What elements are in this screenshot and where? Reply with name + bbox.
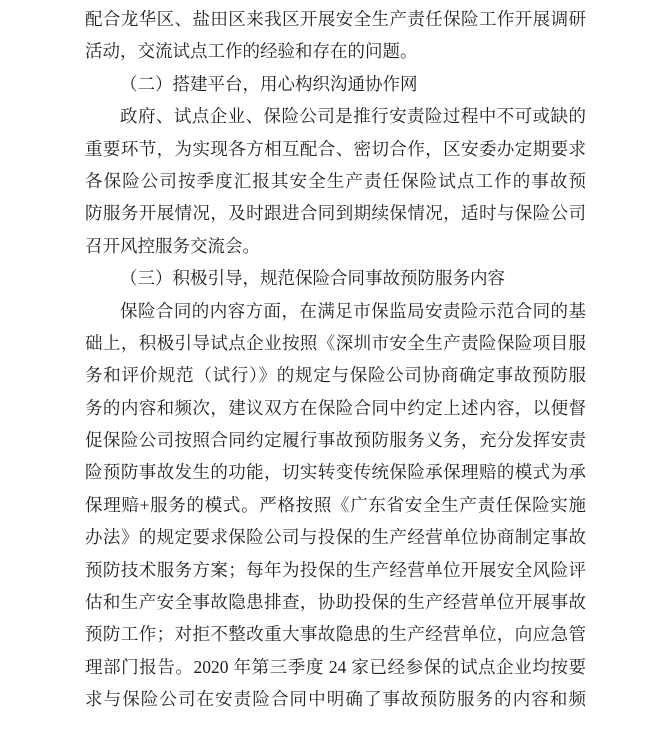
section-heading: （三）积极引导，规范保险合同事故预防服务内容: [85, 262, 586, 294]
text-line: 各保险公司按季度汇报其安全生产责任保险试点工作的事故预: [85, 165, 586, 197]
text-line: 政府、试点企业、保险公司是推行安责险过程中不可或缺的: [85, 100, 586, 132]
text-line: 配合龙华区、盐田区来我区开展安全生产责任保险工作开展调研: [85, 3, 586, 35]
text-line: 召开风控服务交流会。: [85, 230, 586, 262]
text-line: 务和评价规范（试行）》的规定与保险公司协商确定事故预防服: [85, 359, 586, 391]
text-line: 求与保险公司在安责险合同中明确了事故预防服务的内容和频: [85, 683, 586, 715]
text-line: 理部门报告。2020 年第三季度 24 家已经参保的试点企业均按要: [85, 651, 586, 683]
section-heading: （二）搭建平台，用心构织沟通协作网: [85, 68, 586, 100]
text-line: 重要环节，为实现各方相互配合、密切合作，区安委办定期要求: [85, 133, 586, 165]
text-line: 保险合同的内容方面，在满足市保监局安责险示范合同的基: [85, 295, 586, 327]
text-line: 防服务开展情况，及时跟进合同到期续保情况，适时与保险公司: [85, 197, 586, 229]
text-line: 活动，交流试点工作的经验和存在的问题。: [85, 35, 586, 67]
text-line: 保理赔+服务的模式。严格按照《广东省安全生产责任保险实施: [85, 489, 586, 521]
text-line: 务的内容和频次，建议双方在保险合同中约定上述内容，以便督: [85, 392, 586, 424]
text-line: 办法》的规定要求保险公司与投保的生产经营单位协商制定事故: [85, 521, 586, 553]
text-line: 促保险公司按照合同约定履行事故预防服务义务，充分发挥安责: [85, 424, 586, 456]
text-line: 预防工作；对拒不整改重大事故隐患的生产经营单位，向应急管: [85, 618, 586, 650]
text-line: 险预防事故发生的功能，切实转变传统保险承保理赔的模式为承: [85, 456, 586, 488]
document-page: 配合龙华区、盐田区来我区开展安全生产责任保险工作开展调研 活动，交流试点工作的经…: [0, 0, 657, 732]
text-line: 估和生产安全事故隐患排查，协助投保的生产经营单位开展事故: [85, 586, 586, 618]
text-line: 预防技术服务方案；每年为投保的生产经营单位开展安全风险评: [85, 554, 586, 586]
text-line: 础上，积极引导试点企业按照《深圳市安全生产责险保险项目服: [85, 327, 586, 359]
